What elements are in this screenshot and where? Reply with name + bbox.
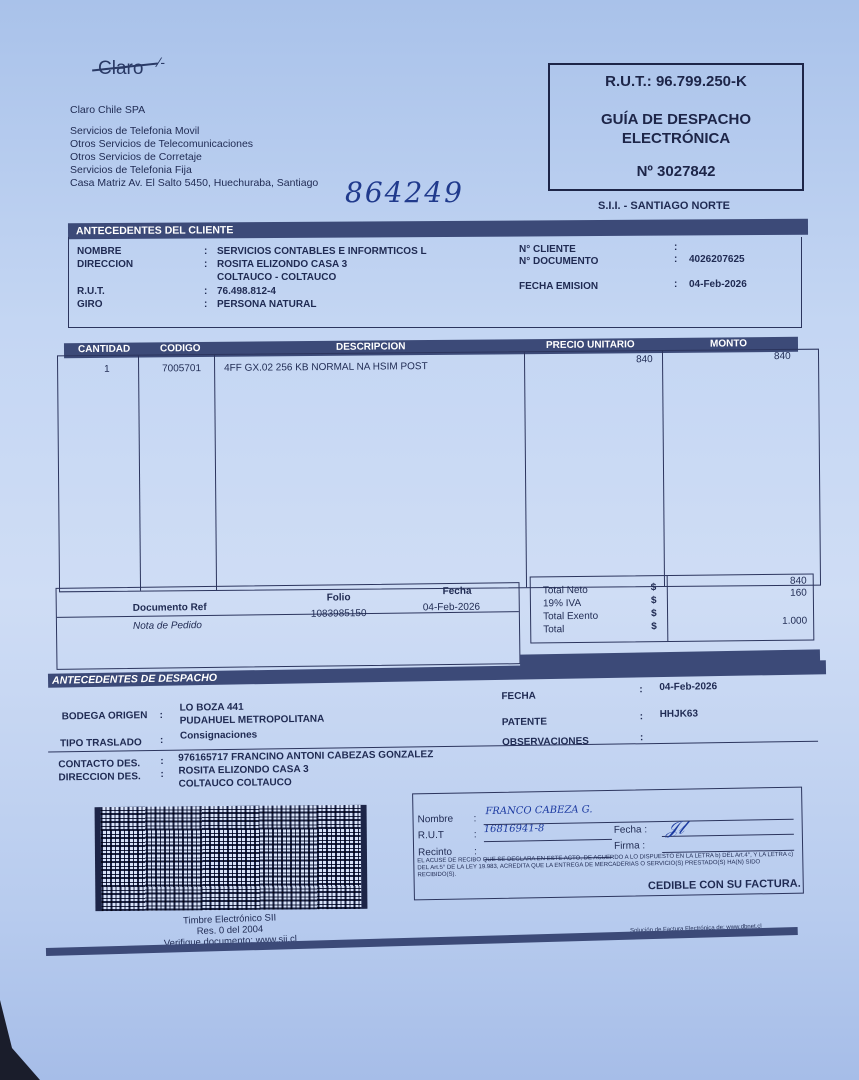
bodega-label: BODEGA ORIGEN [62, 710, 148, 722]
colon: : [639, 684, 642, 695]
colon: : [160, 769, 163, 780]
colon: : [160, 735, 163, 746]
bodega-line1: LO BOZA 441 [179, 702, 243, 714]
observaciones-label: OBSERVACIONES [502, 736, 589, 748]
tipo-traslado: Consignaciones [180, 730, 257, 742]
colon: : [474, 846, 477, 857]
colon: : [640, 711, 643, 722]
colon: : [160, 710, 163, 721]
fecha-label: Fecha : [614, 824, 648, 836]
signature-scribble: 𝒥𝓁 [666, 818, 685, 839]
nombre-label: Nombre [417, 814, 453, 826]
direccion-des-label: DIRECCION DES. [58, 771, 140, 783]
colon: : [474, 829, 477, 840]
recinto-label: Recinto [418, 847, 452, 859]
contacto-value: 976165717 FRANCINO ANTONI CABEZAS GONZAL… [178, 749, 433, 764]
despacho-section: BODEGA ORIGEN : LO BOZA 441 PUDAHUEL MET… [0, 0, 859, 1080]
patente-label: PATENTE [502, 717, 547, 729]
direccion-des-line2: COLTAUCO COLTAUCO [179, 777, 292, 790]
rut-label: R.U.T [418, 830, 444, 841]
bodega-line2: PUDAHUEL METROPOLITANA [180, 714, 325, 727]
nombre-handwritten: FRANCO CABEZA G. [485, 804, 592, 817]
pdf417-barcode [95, 805, 368, 911]
colon: : [160, 756, 163, 767]
cedible-label: CEDIBLE CON SU FACTURA. [648, 878, 801, 893]
signature-line [484, 839, 612, 842]
fecha-despacho-label: FECHA [501, 691, 536, 702]
fecha-despacho: 04-Feb-2026 [659, 681, 717, 693]
colon: : [473, 813, 476, 824]
tipo-traslado-label: TIPO TRASLADO [60, 737, 142, 749]
direccion-des-line1: ROSITA ELIZONDO CASA 3 [178, 764, 308, 777]
colon: : [640, 732, 643, 743]
patente-value: HHJK63 [660, 708, 699, 720]
firma-label: Firma : [614, 840, 645, 852]
contacto-label: CONTACTO DES. [58, 758, 140, 770]
acuse-recibo-box: Nombre R.U.T Recinto : : : FRANCO CABEZA… [412, 787, 804, 901]
